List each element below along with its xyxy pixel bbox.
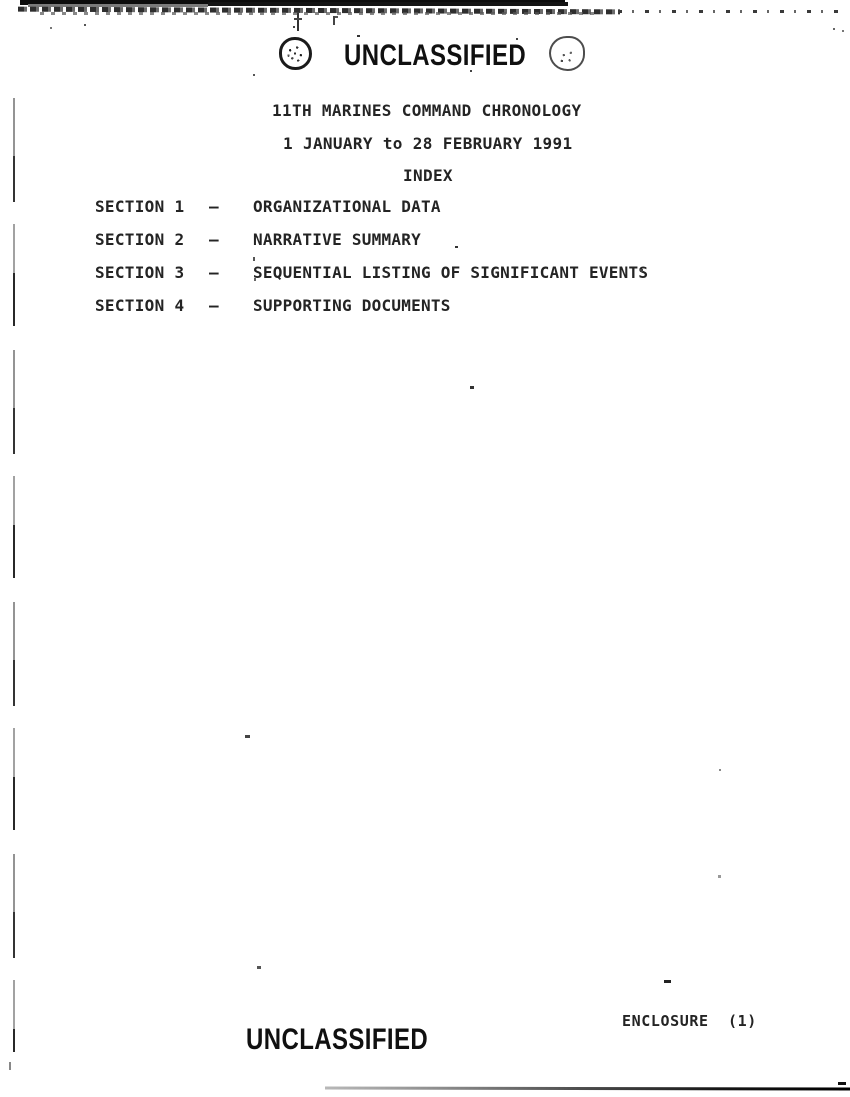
index-heading: INDEX [403, 166, 453, 185]
scan-speck [9, 1062, 11, 1070]
ink-stamp-icon [549, 36, 585, 71]
scan-speck [335, 16, 338, 18]
section-label: SECTION 4 [95, 296, 184, 315]
scan-speck [297, 13, 299, 31]
scan-speck [253, 257, 255, 261]
scan-speck [719, 769, 721, 771]
scan-band-segment [208, 2, 568, 6]
section-title: NARRATIVE SUMMARY [253, 230, 421, 249]
scan-speck [640, 269, 643, 272]
section-title: ORGANIZATIONAL DATA [253, 197, 441, 216]
scan-speck [357, 35, 360, 37]
section-separator: — [209, 263, 219, 282]
scan-speck [833, 28, 835, 30]
index-section-list: SECTION 1 — ORGANIZATIONAL DATA SECTION … [95, 197, 715, 329]
section-separator: — [209, 197, 219, 216]
scan-speck [455, 246, 458, 248]
enclosure-label: ENCLOSURE (1) [622, 1012, 757, 1030]
scan-speck [718, 875, 721, 878]
ink-stamp-icon [279, 37, 312, 70]
section-title: SEQUENTIAL LISTING OF SIGNIFICANT EVENTS [253, 263, 648, 282]
classification-header-text: UNCLASSIFIED [344, 39, 526, 73]
scan-speck [257, 966, 261, 969]
scan-speck [245, 735, 250, 738]
scan-artifact-bottom-rule [325, 1086, 850, 1090]
section-label: SECTION 3 [95, 263, 184, 282]
document-title: 11TH MARINES COMMAND CHRONOLOGY [272, 101, 581, 120]
scan-band-dots [618, 10, 846, 13]
section-label: SECTION 2 [95, 230, 184, 249]
scan-speck [664, 980, 671, 983]
scan-band-dashes [40, 12, 600, 15]
scan-speck [50, 27, 52, 29]
scan-artifact-left-edge [13, 98, 15, 1052]
scan-speck [516, 38, 518, 40]
classification-footer-text: UNCLASSIFIED [246, 1023, 428, 1057]
document-date-range: 1 JANUARY to 28 FEBRUARY 1991 [283, 134, 573, 153]
section-separator: — [209, 296, 219, 315]
section-title: SUPPORTING DOCUMENTS [253, 296, 451, 315]
scan-speck [293, 26, 295, 28]
scan-speck [470, 386, 474, 389]
scan-speck [470, 70, 472, 72]
scan-speck [294, 18, 302, 20]
scan-speck [254, 278, 256, 281]
document-page: UNCLASSIFIED 11TH MARINES COMMAND CHRONO… [0, 0, 850, 1097]
scan-speck [838, 1082, 846, 1085]
section-separator: — [209, 230, 219, 249]
section-label: SECTION 1 [95, 197, 184, 216]
scan-speck [842, 30, 844, 32]
scan-speck [253, 74, 255, 76]
scan-speck [84, 24, 86, 26]
